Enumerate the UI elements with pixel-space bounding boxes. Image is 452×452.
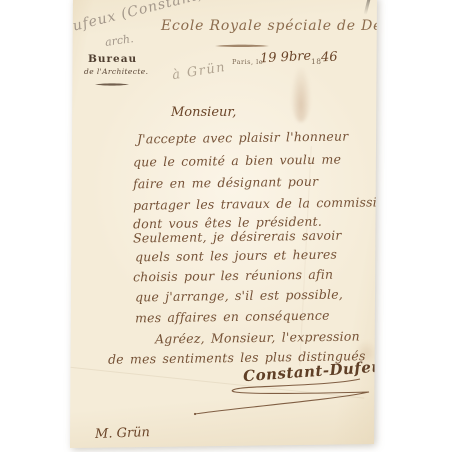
bureau-flourish-rule	[95, 82, 129, 87]
letter-line: quels sont les jours et heures	[135, 247, 337, 265]
paper-shadow-wrap: Dufeux (Constant) arch. Ecole Royale spé…	[55, 0, 377, 452]
letter-line: choisis pour les réunions afin	[133, 267, 333, 285]
dateline-year: 46	[321, 50, 338, 66]
masthead-institution: Ecole Royale spéciale de Dessin.	[161, 18, 419, 34]
dateline-printed-century: 18	[311, 57, 322, 66]
letter-paper: Dufeux (Constant) arch. Ecole Royale spé…	[55, 0, 377, 452]
signature-flourish	[183, 376, 381, 420]
recipient-name: M. Grün	[95, 425, 150, 442]
letter-photo: Dufeux (Constant) arch. Ecole Royale spé…	[0, 0, 452, 452]
closing-line: Agréez, Monsieur, l'expression	[155, 329, 360, 347]
bureau-sublabel: de l'Architecte.	[84, 67, 148, 76]
letter-line: faire en me désignant pour	[133, 174, 318, 192]
salutation: Monsieur,	[171, 105, 236, 120]
letter-line: que le comité a bien voulu me	[133, 152, 341, 170]
letter-line: que j'arrange, s'il est possible,	[135, 287, 343, 305]
pencil-annotation-arch: arch.	[104, 32, 134, 49]
paper-stain-top	[291, 66, 311, 122]
dateline-day-month: 19 9bre	[260, 49, 312, 67]
letter-line: partager les travaux de la commission	[133, 194, 393, 213]
dateline-printed-prefix: Paris, le	[232, 58, 263, 66]
paper-corner-edge	[364, 0, 372, 15]
letter-line: J'accepte avec plaisir l'honneur	[137, 129, 349, 147]
masthead-flourish-rule	[215, 43, 269, 49]
pencil-annotation-recipient: à Grün	[171, 60, 227, 83]
letter-line: mes affaires en conséquence	[135, 308, 330, 326]
letter-line: Seulement, je désirerais savoir	[133, 228, 342, 246]
bureau-label: Bureau	[88, 53, 137, 65]
